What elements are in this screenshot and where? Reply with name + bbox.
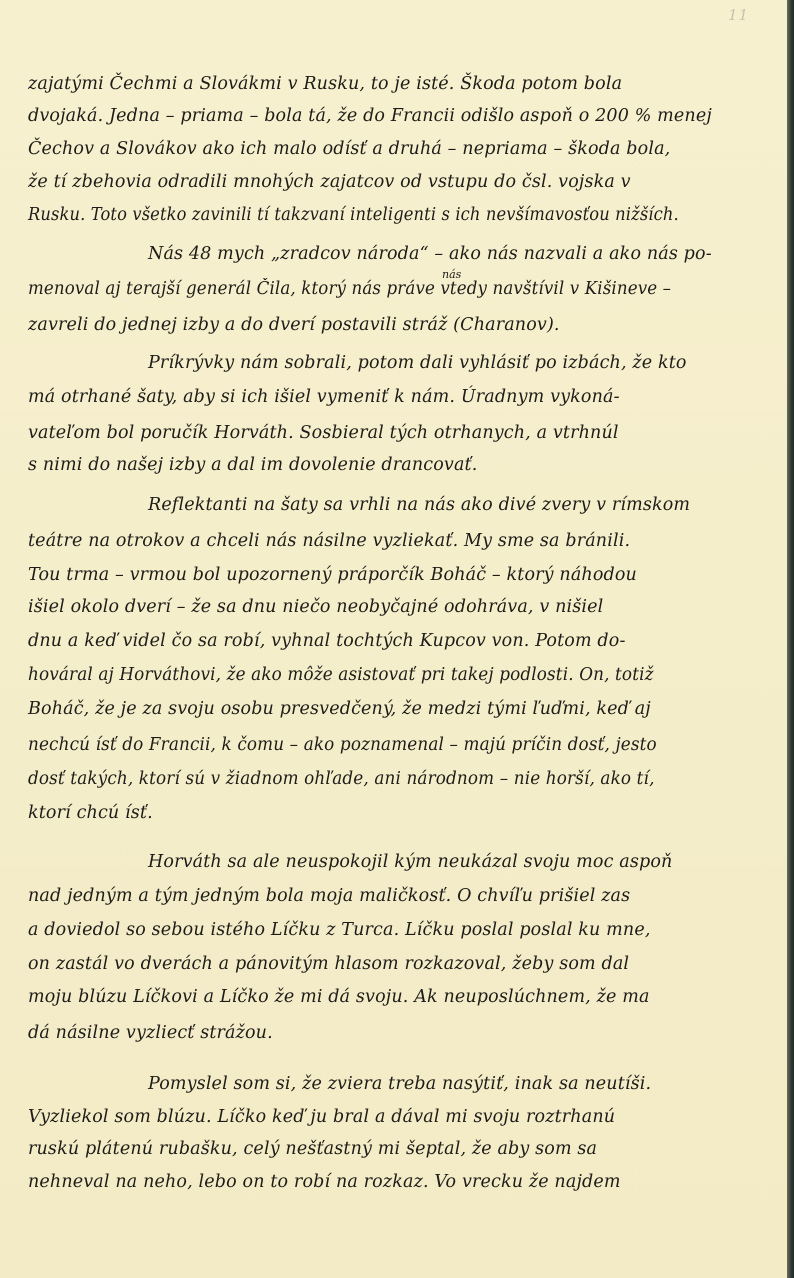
text-line: zajatými Čechmi a Slovákmi v Rusku, to j…	[28, 74, 622, 94]
text-line: on zastál vo dverách a pánovitým hlasom …	[28, 954, 629, 974]
text-line: hováral aj Horváthovi, že ako môže asist…	[28, 665, 654, 685]
text-line: moju blúzu Líčkovi a Líčko že mi dá svoj…	[28, 987, 650, 1007]
text-line: Vyzliekol som blúzu. Líčko keď ju bral a…	[28, 1107, 615, 1127]
text-line: má otrhané šaty, aby si ich išiel vymeni…	[28, 387, 620, 407]
text-line: nad jedným a tým jedným bola moja maličk…	[28, 886, 630, 906]
text-line: dá násilne vyzliecť strážou.	[28, 1023, 273, 1043]
text-line: Reflektanti na šaty sa vrhli na nás ako …	[148, 495, 690, 515]
page-number: 11	[728, 6, 749, 24]
page-edge	[787, 0, 794, 1278]
text-line: zavreli do jednej izby a do dverí postav…	[28, 315, 560, 335]
text-line: nehneval na neho, lebo on to robí na roz…	[28, 1172, 621, 1192]
text-line: Čechov a Slovákov ako ich malo odísť a d…	[28, 139, 670, 159]
text-line: teátre na otrokov a chceli nás násilne v…	[28, 531, 630, 551]
text-line: ktorí chcú ísť.	[28, 803, 153, 823]
text-line: dosť takých, ktorí sú v žiadnom ohľade, …	[28, 769, 655, 789]
text-line: Horváth sa ale neuspokojil kým neukázal …	[148, 852, 672, 872]
text-line: vateľom bol poručík Horváth. Sosbieral t…	[28, 423, 619, 443]
text-line: a doviedol so sebou istého Líčku z Turca…	[28, 920, 651, 940]
text-line: nechcú ísť do Francii, k čomu – ako pozn…	[28, 735, 657, 755]
text-line: išiel okolo dverí – že sa dnu niečo neob…	[28, 597, 603, 617]
text-line: dvojaká. Jedna – priama – bola tá, že do…	[28, 106, 712, 126]
text-line: ruskú plátenú rubašku, celý nešťastný mi…	[28, 1139, 597, 1159]
text-line: Tou trma – vrmou bol upozornený práporčí…	[28, 565, 637, 585]
text-line: Pomyslel som si, že zviera treba nasýtiť…	[148, 1074, 651, 1094]
text-line: Príkrývky nám sobrali, potom dali vyhlás…	[148, 353, 687, 373]
text-line: Boháč, že je za svoju osobu presvedčený,…	[28, 699, 651, 719]
text-line: s nimi do našej izby a dal im dovolenie …	[28, 455, 477, 475]
manuscript-page: 11 zajatými Čechmi a Slovákmi v Rusku, t…	[0, 0, 787, 1278]
text-line: menoval aj terajší generál Čila, ktorý n…	[28, 279, 671, 299]
text-line: že tí zbehovia odradili mnohých zajatcov…	[28, 172, 631, 192]
text-line: Nás 48 mych „zradcov národa“ – ako nás n…	[148, 244, 712, 264]
text-line: dnu a keď videl čo sa robí, vyhnal tocht…	[28, 631, 626, 651]
text-line: Rusku. Toto všetko zavinili tí takzvaní …	[28, 205, 679, 225]
